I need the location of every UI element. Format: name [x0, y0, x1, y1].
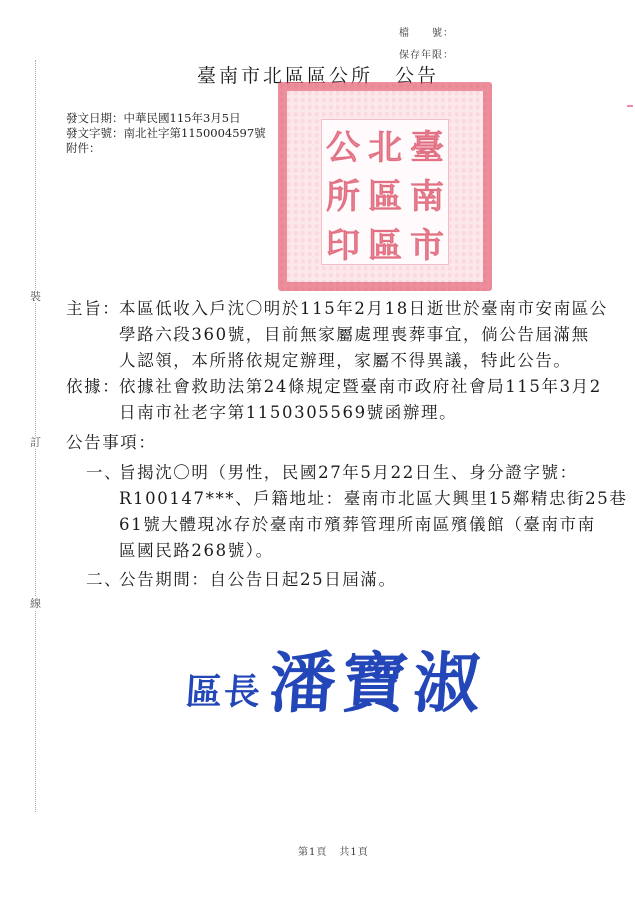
issue-date-label: 發文日期：	[66, 111, 124, 125]
signature-name: 潘寶淑	[267, 630, 490, 725]
official-seal: 臺 南 市 北 區 區 公 所 印	[278, 82, 492, 291]
seal-char: 區	[364, 218, 406, 267]
binding-mark-ding: 訂	[29, 436, 42, 449]
signature-stamp: 區長 潘寶淑	[186, 640, 486, 725]
notice-item-2-line: 公告期間：自公告日起25日屆滿。	[119, 566, 397, 590]
seal-char: 臺	[406, 120, 448, 169]
attachment-row: 附件：	[66, 141, 101, 156]
page-footer: 第1頁共1頁	[298, 843, 369, 858]
binding-mark-xian: 線	[29, 597, 42, 610]
attachment-label: 附件：	[66, 141, 101, 155]
issue-date-row: 發文日期：中華民國115年3月5日	[66, 111, 241, 126]
seal-char: 南	[406, 169, 448, 218]
seal-char: 區	[364, 169, 406, 218]
notice-item-1-line: R100147***、戶籍地址：臺南市北區大興里15鄰精忠街25巷	[119, 485, 627, 509]
binding-mark-zhuang: 裝	[29, 290, 42, 303]
signature-title: 區長	[184, 664, 264, 715]
subject-line: 學路六段360號，目前無家屬處理喪葬事宜，倘公告屆滿無	[119, 321, 590, 345]
issue-number-row: 發文字號：南北社字第1150004597號	[66, 126, 266, 141]
file-number-label: 檔 號：	[399, 24, 454, 39]
notice-item-1-line: 61號大體現冰存於臺南市殯葬管理所南區殯儀館（臺南市南	[119, 511, 596, 535]
basis-label: 依據：	[66, 373, 120, 397]
subject-line: 人認領，本所將依規定辦理，家屬不得異議，特此公告。	[119, 347, 572, 371]
seal-char: 公	[322, 120, 364, 169]
seal-char: 印	[322, 218, 364, 267]
page-total: 共1頁	[339, 847, 368, 858]
seal-char: 市	[406, 218, 448, 267]
margin-mark	[627, 105, 633, 107]
notice-item-2-marker: 二、	[86, 566, 122, 590]
subject-label: 主旨：	[66, 295, 120, 319]
issue-number-value: 南北社字第1150004597號	[124, 126, 266, 140]
notice-item-1-line: 旨揭沈〇明（男性，民國27年5月22日生、身分證字號：	[119, 459, 578, 483]
notice-item-1-line: 區國民路268號）。	[119, 537, 274, 561]
subject-line: 本區低收入戶沈〇明於115年2月18日逝世於臺南市安南區公	[119, 295, 608, 319]
basis-line: 日南市社老字第1150305569號函辦理。	[119, 399, 457, 423]
page-current: 第1頁	[298, 847, 327, 858]
seal-char: 所	[322, 169, 364, 218]
notices-label: 公告事項：	[66, 429, 157, 453]
issue-number-label: 發文字號：	[66, 126, 124, 140]
retention-period-label: 保存年限：	[399, 46, 454, 61]
seal-characters: 臺 南 市 北 區 區 公 所 印	[321, 119, 449, 265]
issue-date-value: 中華民國115年3月5日	[124, 111, 241, 125]
seal-char: 北	[364, 120, 406, 169]
basis-line: 依據社會救助法第24條規定暨臺南市政府社會局115年3月2	[119, 373, 602, 397]
notice-item-1-marker: 一、	[86, 459, 122, 483]
